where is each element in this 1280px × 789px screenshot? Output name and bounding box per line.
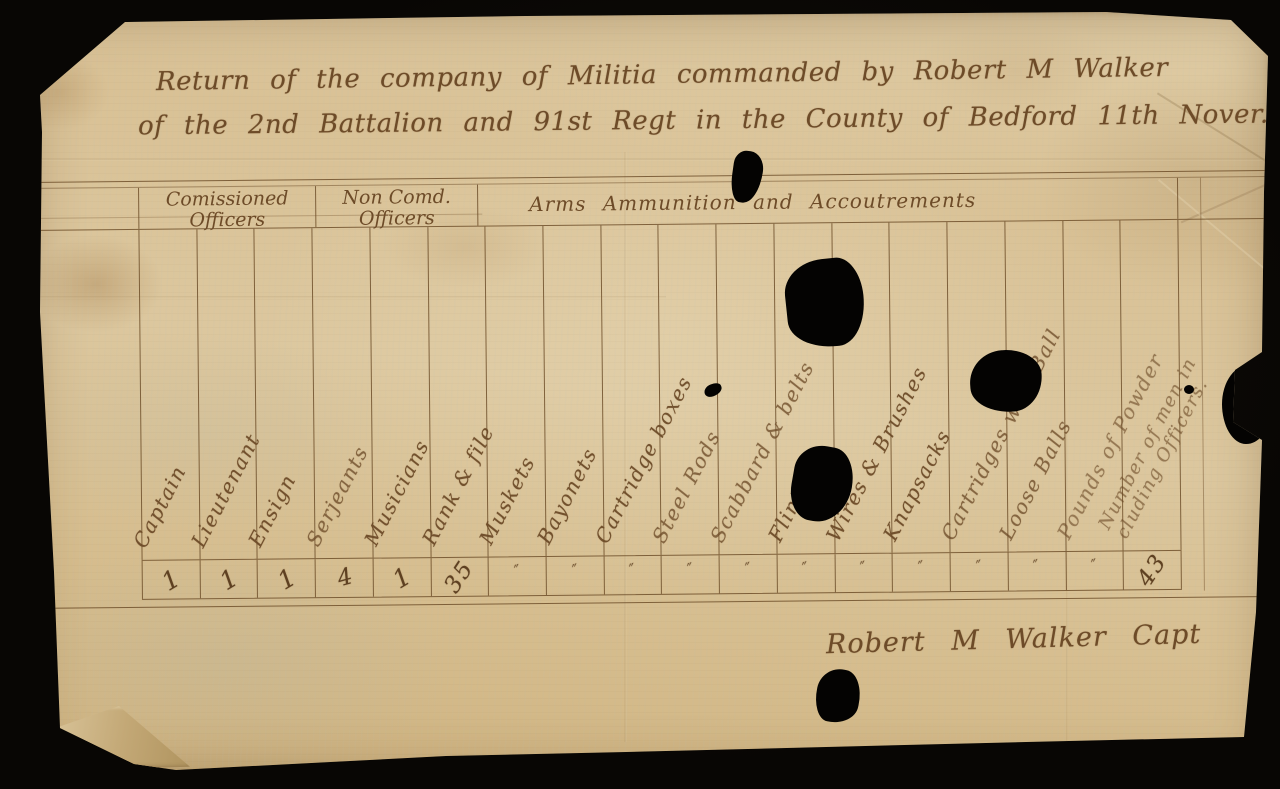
column-value: ″ — [628, 560, 638, 579]
column-value: ″ — [685, 559, 695, 578]
title-line-1: Return of the company of Militia command… — [156, 53, 1169, 97]
value-cell: 1 — [373, 558, 431, 597]
column-values-row: 1 1 1 4 1 35 ″ ″ ″ ″ ″ ″ ″ ″ ″ ″ ″ 43 — [142, 550, 1182, 600]
value-cell: ″ — [547, 556, 605, 595]
column-value: ″ — [512, 561, 522, 580]
column-number-of-men: Number of men in cluding Officers. — [1121, 220, 1182, 551]
column-rank-and-file: Rank & file — [428, 227, 489, 558]
column-value: ″ — [1089, 555, 1099, 574]
column-value: ″ — [801, 558, 811, 577]
value-cell: 1 — [200, 560, 258, 599]
paper-hole — [1184, 385, 1194, 394]
signature: Robert M Walker Capt — [826, 619, 1202, 660]
fold-crease — [26, 158, 1270, 161]
column-value: 43 — [1132, 549, 1172, 591]
value-cell: 4 — [316, 559, 374, 598]
paper-hole — [1222, 364, 1270, 444]
column-captain: Captain — [138, 229, 200, 560]
column-value: 1 — [272, 562, 300, 595]
value-cell: ″ — [1066, 551, 1124, 590]
value-cell: ″ — [777, 554, 835, 593]
header-commissioned-officers: Comissioned Officers — [138, 186, 316, 229]
column-muskets: Muskets — [486, 226, 547, 557]
column-bayonets: Bayonets — [543, 225, 604, 556]
column-value: 1 — [157, 563, 185, 596]
column-serjeants: Serjeants — [313, 228, 374, 559]
value-cell: ″ — [893, 553, 951, 592]
scanner-background: Return of the company of Militia command… — [0, 0, 1280, 789]
column-value: ″ — [743, 559, 753, 578]
title-line-2: of the 2nd Battalion and 91st Regt in th… — [138, 99, 1280, 142]
document-paper: Return of the company of Militia command… — [26, 12, 1270, 776]
militia-return-table: Comissioned Officers Non Comd. Officers … — [24, 170, 1272, 614]
header-text: Non Comd. — [316, 187, 477, 210]
column-value: 4 — [334, 564, 354, 593]
column-value: ″ — [570, 560, 580, 579]
column-value: ″ — [916, 557, 926, 576]
value-cell: ″ — [835, 554, 893, 593]
value-cell: ″ — [1008, 552, 1066, 591]
value-cell: ″ — [489, 557, 547, 596]
column-value: ″ — [1032, 556, 1042, 575]
header-arms-ammunition: Arms Ammunition and Accoutrements — [478, 178, 1178, 226]
column-knapsacks: Knapsacks — [890, 222, 951, 553]
value-cell: 35 — [431, 558, 489, 597]
column-scabbard-belts: Scabbard & belts — [717, 224, 778, 555]
column-lieutenant: Lieutenant — [197, 229, 258, 560]
value-cell: 1 — [258, 559, 316, 598]
value-cell: 43 — [1124, 551, 1182, 590]
column-value: 1 — [215, 563, 243, 596]
value-cell: ″ — [604, 556, 662, 595]
folded-corner — [42, 706, 190, 770]
column-ensign: Ensign — [255, 228, 316, 559]
column-cartridge-boxes: Cartridge boxes — [601, 225, 662, 556]
value-cell: ″ — [662, 555, 720, 594]
value-cell: ″ — [951, 553, 1009, 592]
column-value: 1 — [388, 561, 416, 594]
value-cell: 1 — [142, 560, 201, 599]
column-value: ″ — [974, 556, 984, 575]
column-label: Captain — [128, 461, 191, 552]
column-value: 35 — [440, 556, 480, 598]
header-non-commissioned-officers: Non Comd. Officers — [316, 185, 478, 228]
header-text: Comissioned — [139, 188, 315, 211]
paper-hole — [811, 665, 865, 727]
value-cell: ″ — [720, 555, 778, 594]
column-value: ″ — [859, 558, 869, 577]
column-musicians: Musicians — [370, 227, 431, 558]
